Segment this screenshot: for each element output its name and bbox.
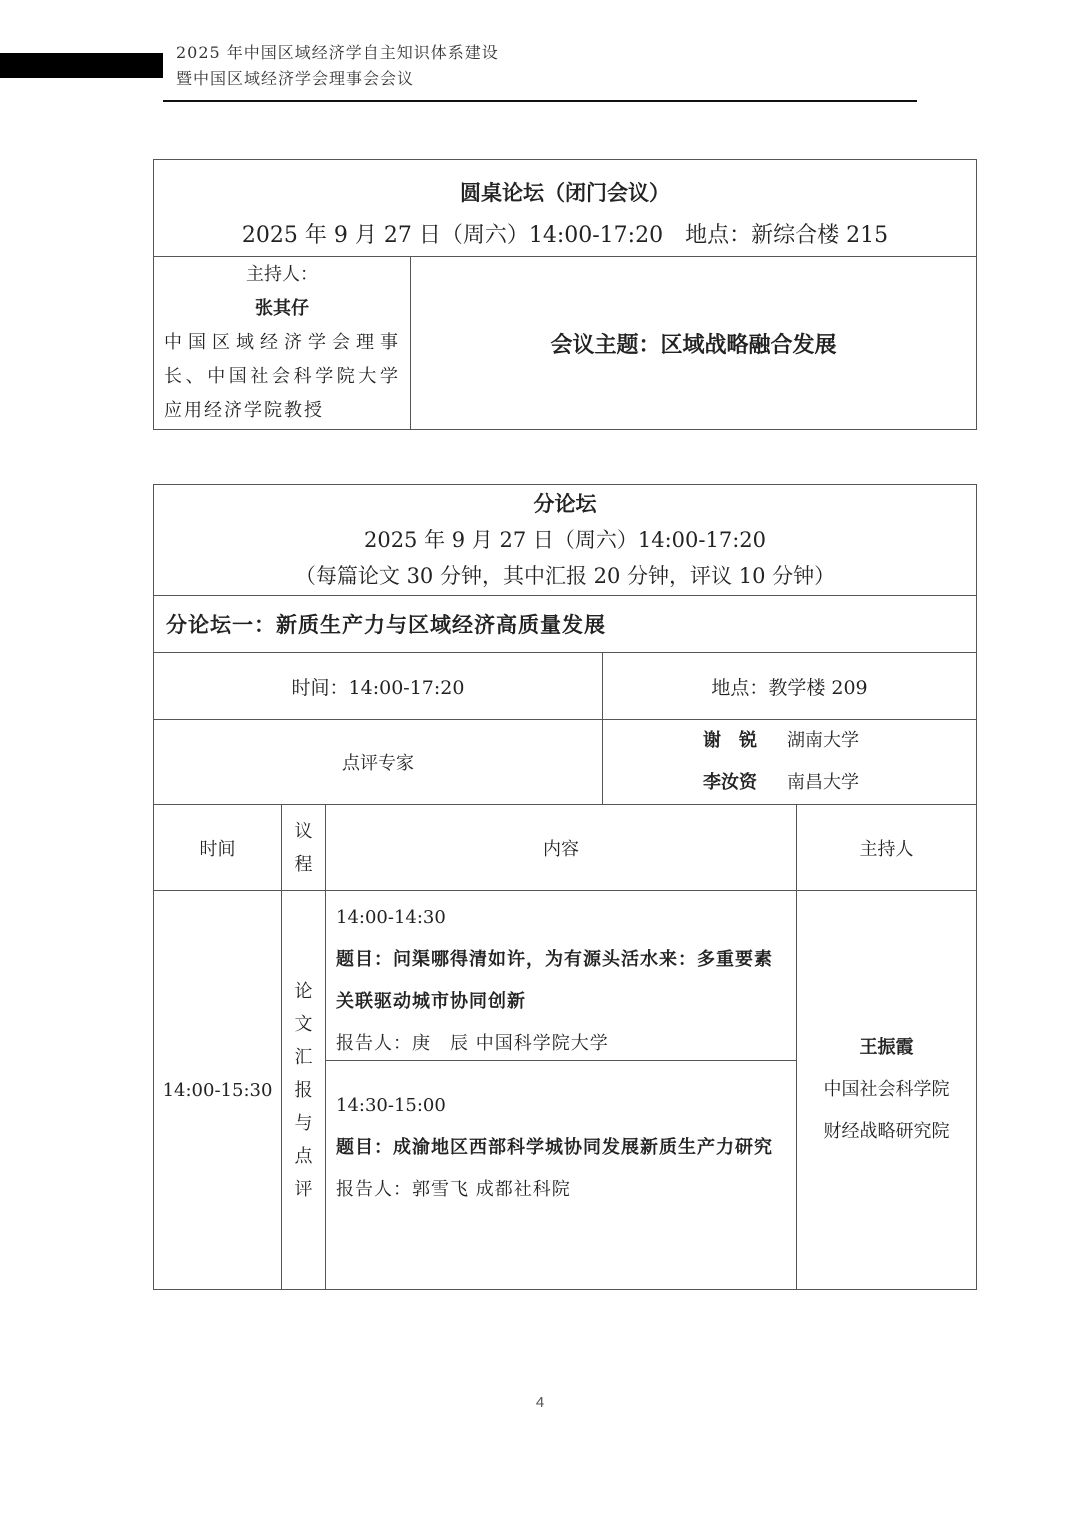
session-content: 14:00-14:30 题目：问渠哪得清如许，为有源头活水来：多重要素关联驱动城… <box>326 891 797 1290</box>
paper-topic: 题目：问渠哪得清如许，为有源头活水来：多重要素关联驱动城市协同创新 <box>336 939 786 1023</box>
expert-org: 湖南大学 <box>787 730 859 751</box>
col-header-agenda: 议程 <box>282 805 326 891</box>
expert-name: 谢 锐 <box>703 720 787 762</box>
subforum-table: 分论坛 2025 年 9 月 27 日（周六）14:00-17:20 （每篇论文… <box>153 484 977 1290</box>
roundtable-theme: 会议主题：区域战略融合发展 <box>411 257 977 430</box>
experts-list: 谢 锐湖南大学 李汝资南昌大学 <box>603 720 977 805</box>
roundtable-datetime: 2025 年 9 月 27 日（周六）14:00-17:20 地点：新综合楼 2… <box>154 218 976 256</box>
forum1-time: 时间：14:00-17:20 <box>154 653 603 720</box>
header-rule <box>163 100 917 102</box>
roundtable-host-cell: 主持人： 张其仔 中国区域经济学会理事长、中国社会科学院大学应用经济学院教授 <box>154 257 411 430</box>
experts-label: 点评专家 <box>154 720 603 805</box>
host-description: 中国区域经济学会理事长、中国社会科学院大学应用经济学院教授 <box>154 326 410 428</box>
paper-item: 14:30-15:00 题目：成渝地区西部科学城协同发展新质生产力研究 报告人：… <box>326 1060 796 1289</box>
subforum-date: 2025 年 9 月 27 日（周六）14:00-17:20 <box>154 522 976 558</box>
expert-name: 李汝资 <box>703 762 787 804</box>
roundtable-table: 圆桌论坛（闭门会议） 2025 年 9 月 27 日（周六）14:00-17:2… <box>153 159 977 430</box>
expert-row: 谢 锐湖南大学 <box>703 720 976 762</box>
session-host-org-1: 中国社会科学院 <box>797 1069 976 1111</box>
header-line-2: 暨中国区域经济学会理事会会议 <box>176 66 499 92</box>
running-header: 2025 年中国区域经济学自主知识体系建设 暨中国区域经济学会理事会会议 <box>176 40 499 92</box>
expert-org: 南昌大学 <box>787 772 859 793</box>
col-header-content: 内容 <box>326 805 797 891</box>
session-agenda: 论文汇报与点评 <box>282 891 326 1290</box>
session-host: 王振霞 中国社会科学院 财经战略研究院 <box>797 891 977 1290</box>
subforum-title: 分论坛 <box>154 486 976 522</box>
paper-item: 14:00-14:30 题目：问渠哪得清如许，为有源头活水来：多重要素关联驱动城… <box>326 891 796 1060</box>
forum1-title: 分论坛一：新质生产力与区域经济高质量发展 <box>154 596 977 653</box>
col-header-time: 时间 <box>154 805 282 891</box>
col-header-agenda-text: 议程 <box>295 815 313 881</box>
paper-time: 14:30-15:00 <box>336 1085 786 1127</box>
roundtable-heading-cell: 圆桌论坛（闭门会议） 2025 年 9 月 27 日（周六）14:00-17:2… <box>154 160 977 257</box>
paper-topic: 题目：成渝地区西部科学城协同发展新质生产力研究 <box>336 1127 786 1169</box>
session-host-name: 王振霞 <box>797 1027 976 1069</box>
paper-time: 14:00-14:30 <box>336 897 786 939</box>
forum1-location: 地点：教学楼 209 <box>603 653 977 720</box>
header-line-1: 2025 年中国区域经济学自主知识体系建设 <box>176 40 499 66</box>
subforum-heading-cell: 分论坛 2025 年 9 月 27 日（周六）14:00-17:20 （每篇论文… <box>154 485 977 596</box>
host-name: 张其仔 <box>154 292 410 326</box>
page-number: 4 <box>0 1394 1080 1411</box>
roundtable-title: 圆桌论坛（闭门会议） <box>154 160 976 218</box>
session-host-org-2: 财经战略研究院 <box>797 1111 976 1153</box>
host-label: 主持人： <box>154 258 410 292</box>
col-header-host: 主持人 <box>797 805 977 891</box>
paper-reporter: 报告人：庚 辰 中国科学院大学 <box>336 1023 786 1065</box>
session-agenda-text: 论文汇报与点评 <box>295 975 313 1206</box>
subforum-note: （每篇论文 30 分钟，其中汇报 20 分钟，评议 10 分钟） <box>154 558 976 594</box>
header-black-bar <box>0 53 163 78</box>
paper-reporter: 报告人：郭雪飞 成都社科院 <box>336 1169 786 1211</box>
expert-row: 李汝资南昌大学 <box>703 762 976 804</box>
session-time: 14:00-15:30 <box>154 891 282 1290</box>
